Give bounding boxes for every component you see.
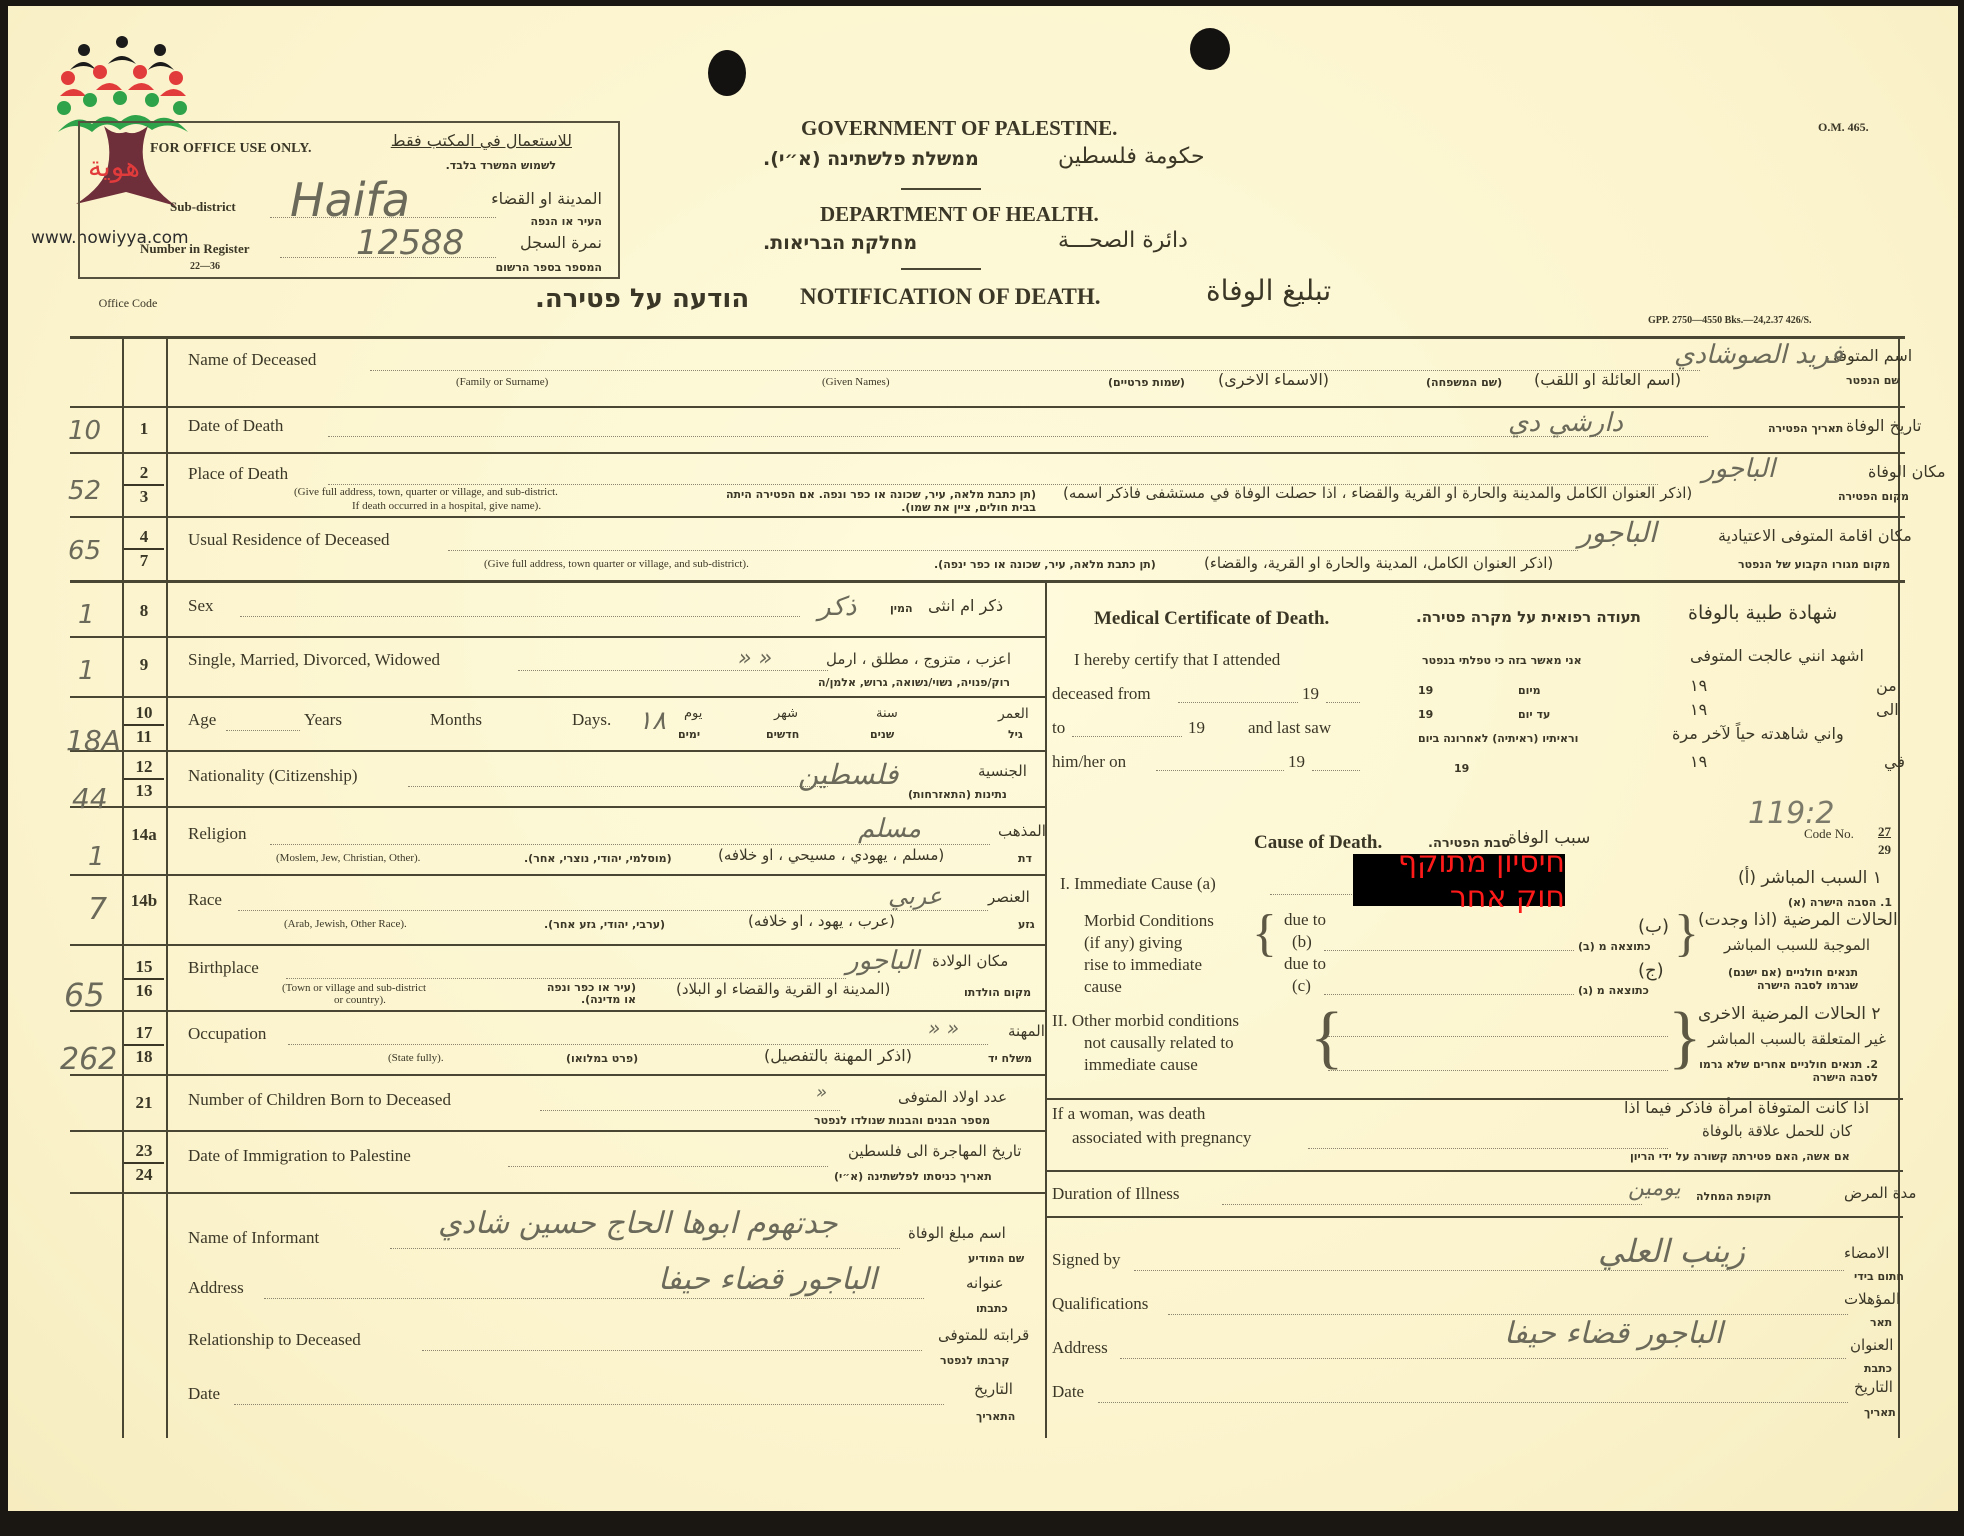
certify-on-year: 19 (1288, 752, 1305, 772)
duration-of-illness-value[interactable]: يومين (1628, 1176, 1681, 1201)
row-number-2-bottom: 3 (124, 484, 164, 508)
relationship-label: Relationship to Deceased (188, 1330, 361, 1350)
code-number-top: 27 (1878, 824, 1891, 840)
birthplace-hint-he: (עיר או כפר ונפה או מדינה). (536, 982, 636, 1006)
certify-from-year-ar: ١٩ (1690, 676, 1707, 695)
religion-hint-he: (מוסלמי, יהודי, נוצרי, אחר). (524, 852, 672, 865)
certify-on-year-ar: ١٩ (1690, 752, 1707, 771)
informant-date-ar: التاريخ (974, 1380, 1013, 1398)
office-use-title-he: לשמוש המשרד בלבד. (446, 159, 556, 172)
office-code-label: Office Code (98, 296, 158, 311)
signed-by-value[interactable]: زينب العلي (1598, 1232, 1745, 1270)
certify-to-year: 19 (1188, 718, 1205, 738)
certify-to-ar: الى (1876, 700, 1899, 719)
redaction-box: חיסיון מתוקף חוק אחר (1353, 854, 1565, 906)
certify-last-saw-he: וראיתיו (ראיתיה) לאחרונה ביום (1418, 732, 1578, 745)
occupation-ar: المهنة (1008, 1022, 1045, 1040)
office-code-2: 52 (68, 476, 101, 506)
register-sub: 22—36 (190, 261, 220, 272)
certify-on-year-he: 19 (1454, 762, 1469, 775)
duration-of-illness-label: Duration of Illness (1052, 1184, 1179, 1204)
signature-date-ar: التاريخ (1854, 1378, 1893, 1396)
due-to-b-label: due to (1284, 910, 1326, 930)
age-label: Age (188, 710, 216, 730)
print-reference: GPP. 2750—4550 Bks.—24,2.37 426/S. (1648, 315, 1812, 326)
duration-of-illness-he: תקופת המחלה (1696, 1190, 1771, 1203)
b-he: כתוצאה מ (ב) (1578, 940, 1651, 953)
signed-by-ar: الامضاء (1844, 1244, 1889, 1262)
age-years-label: Years (304, 710, 342, 730)
race-hint-he: (ערבי, יהודי, גזע אחר). (544, 918, 665, 931)
date-of-death-label: Date of Death (188, 416, 283, 436)
nationality-he: נתינות (התאזרחות) (908, 788, 1007, 801)
certify-on-ar: في (1884, 752, 1905, 771)
office-use-title-ar: للاستعمال في المكتب فقط (391, 131, 572, 150)
office-use-title: FOR OFFICE USE ONLY. (150, 141, 312, 157)
immigration-label: Date of Immigration to Palestine (188, 1146, 411, 1166)
name-label-he: שם הנפטר (1846, 374, 1900, 387)
relationship-he: קרבתו לנפטר (940, 1354, 1010, 1367)
subdistrict-label-he: העיר או הנפה (530, 215, 602, 228)
immigration-ar: تاريخ المهاجرة الى فلسطين (848, 1142, 1021, 1160)
race-hint-ar: (عرب ، يهود ، او خلافه) (748, 912, 895, 930)
nationality-value[interactable]: فلسطين (798, 758, 898, 791)
place-of-death-label: Place of Death (188, 464, 288, 484)
code-number-bottom: 29 (1878, 842, 1891, 858)
age-years-he: שנים (870, 728, 894, 741)
race-label: Race (188, 890, 222, 910)
signed-by-label: Signed by (1052, 1250, 1120, 1270)
row-number-15: 15 (136, 957, 153, 976)
row-number-9: 9 (124, 654, 164, 676)
other-morbid-he: 2. תנאים חולניים אחרים שלא גרמו לסבה היש… (1698, 1058, 1878, 1084)
other-morbid-ar: ٢ الحالات المرضية الاخرى (1698, 1004, 1881, 1024)
race-ar: العنصر (988, 888, 1030, 906)
informant-name-value[interactable]: جدتهوم ابوها الحاج حسين شادي (438, 1206, 838, 1241)
c-label: (c) (1292, 976, 1311, 996)
place-of-death-hint-1: (Give full address, town, quarter or vil… (294, 486, 558, 498)
birthplace-hint-2: or country). (334, 994, 386, 1006)
age-months-he: חדשים (766, 728, 799, 741)
birthplace-label: Birthplace (188, 958, 259, 978)
certify-him-her-on: him/her on (1052, 752, 1126, 772)
qualifications-he: תאר (1870, 1316, 1892, 1329)
name-sub-given: (Given Names) (822, 376, 890, 388)
sex-value[interactable]: ذكر (818, 592, 856, 622)
sex-label-ar: ذكر ام انثى (928, 596, 1003, 615)
row-number-11: 11 (124, 724, 164, 748)
birthplace-ar: مكان الولادة (932, 952, 1008, 970)
usual-residence-ar: مكان اقامة المتوفى الاعتيادية (1718, 526, 1912, 545)
name-label: Name of Deceased (188, 350, 316, 370)
informant-name-he: שם המודיע (968, 1252, 1024, 1265)
morbid-conditions-label: Morbid Conditions (if any) giving rise t… (1084, 910, 1214, 998)
informant-address-label: Address (188, 1278, 244, 1298)
row-number-14b: 14b (122, 890, 166, 912)
certify-line-1-he: אני מאשר בזה כי טפלתי בנפטר (1422, 654, 1582, 667)
children-ar: عدد اولاد المتوفى (898, 1088, 1007, 1106)
informant-date-he: התאריך (976, 1410, 1015, 1423)
gov-title-ar: حكومة فلسطين (1058, 144, 1205, 169)
register-value[interactable]: 12588 (356, 223, 464, 263)
children-value[interactable]: » (816, 1082, 827, 1103)
row-number-18: 18 (124, 1044, 164, 1068)
informant-address-he: כתבתו (976, 1302, 1008, 1315)
punch-hole-left (708, 50, 746, 96)
name-sub-family-ar: (اسم العائلة او اللقب) (1534, 370, 1681, 389)
form-title-he: הודעה על פטירה. (535, 284, 749, 314)
occupation-hint-he: (פרט במלואו) (566, 1052, 638, 1065)
register-label-ar: نمرة السجل (520, 233, 602, 252)
row-number-24: 24 (124, 1162, 164, 1186)
certify-to-he: עד יום (1518, 708, 1550, 721)
office-code-4: 1 (78, 600, 95, 630)
row-number-17: 17 (136, 1023, 153, 1042)
pregnancy-line-2: associated with pregnancy (1072, 1128, 1251, 1148)
left-brace: { (1252, 904, 1277, 963)
dept-title-ar: دائرة الصحـــة (1058, 228, 1188, 253)
other-left-brace: { (1310, 998, 1344, 1078)
certify-from-year-he: 19 (1418, 684, 1433, 697)
certify-to: to (1052, 718, 1065, 738)
register-label: Number in Register (140, 241, 250, 257)
informant-address-value[interactable]: الباجور قضاء حيفا (658, 1262, 877, 1297)
religion-hint-ar: (مسلم ، يهودي ، مسيحي ، او خلافه) (718, 846, 944, 864)
certify-last-saw-ar: واني شاهدته حياً لآخر مرة (1672, 724, 1844, 743)
row-number-10: 10 (136, 703, 153, 722)
marital-status-label: Single, Married, Divorced, Widowed (188, 650, 440, 670)
b-ar: (ب) (1638, 916, 1669, 937)
marital-status-value[interactable]: » » (738, 646, 772, 671)
place-of-death-hint-ar: (اذكر العنوان الكامل والمدينة والحارة او… (1063, 484, 1692, 502)
usual-residence-hint-ar: (اذكر العنوان الكامل، المدينة والحارة او… (1204, 554, 1553, 572)
morbid-line-1: Morbid Conditions (1084, 910, 1214, 932)
row-number-8: 8 (124, 600, 164, 622)
medical-certificate-title-he: תעודה רפואית על מקרה פטירה. (1416, 608, 1641, 626)
duration-of-illness-ar: مدة المرض (1844, 1184, 1916, 1202)
religion-value[interactable]: مسلم (858, 814, 921, 844)
usual-residence-hint: (Give full address, town quarter or vill… (484, 558, 749, 570)
gov-title-he: ממשלת פלשתינה (א״י). (763, 148, 979, 170)
pregnancy-ar-1: اذا كانت المتوفاة امرأة فاذكر فيما اذا (1624, 1098, 1869, 1117)
place-of-death-hint-he: (תן כתבת מלאה, עיר, שכונה או כפר ונפה. א… (716, 488, 1036, 514)
row-number-7: 7 (124, 548, 164, 572)
morbid-ar-2: الموجبة للسبب المباشر (1724, 936, 1870, 954)
gov-title-en: GOVERNMENT OF PALESTINE. (801, 116, 1117, 141)
occupation-he: משלח יד (988, 1052, 1032, 1065)
religion-ar: المذهب (998, 822, 1046, 840)
office-code-5: 1 (78, 656, 95, 686)
row-number-13: 13 (124, 778, 164, 802)
certify-line-1: I hereby certify that I attended (1074, 650, 1280, 670)
due-to-c-label: due to (1284, 954, 1326, 974)
children-he: מספר הבנים והבנות שנולדו לנפטר (814, 1114, 990, 1127)
office-code-3: 65 (68, 536, 101, 566)
informant-name-label: Name of Informant (188, 1228, 319, 1248)
usual-residence-label: Usual Residence of Deceased (188, 530, 390, 550)
morbid-ar: الحالات المرضية (اذا وجدت) (1698, 910, 1898, 930)
usual-residence-he: מקום מגורו הקבוע של הנפטר (1738, 558, 1890, 571)
nationality-ar: الجنسية (978, 762, 1027, 780)
row-number-2-top: 2 (140, 463, 149, 482)
morbid-line-4: cause (1084, 976, 1214, 998)
birthplace-hint-ar: (المدينة او القرية والقضاء او البلاد) (676, 980, 890, 998)
birthplace-he: מקום הולדתו (964, 986, 1031, 999)
form-number: O.M. 465. (1818, 120, 1869, 135)
pregnancy-he: אם אשה, האם פטירתה קשורה על ידי הריון (1630, 1150, 1850, 1163)
marital-status-ar: اعزب ، متزوج ، مطلق ، ارمل (826, 650, 1011, 668)
certify-to-year-he: 19 (1418, 708, 1433, 721)
row-number-16: 16 (124, 978, 164, 1002)
date-of-death-ar: تاريخ الوفاة (1846, 416, 1921, 435)
age-days-he: ימים (678, 728, 700, 741)
occupation-label: Occupation (188, 1024, 266, 1044)
certify-line-1-ar: اشهد انني عالجت المتوفى (1690, 646, 1864, 665)
office-use-box: FOR OFFICE USE ONLY. للاستعمال في المكتب… (78, 121, 620, 279)
name-sub-family-he: (שם המשפחה) (1426, 376, 1502, 389)
occupation-value[interactable]: » » (928, 1016, 959, 1040)
office-code-7: 44 (72, 782, 108, 815)
office-code-8: 1 (88, 842, 105, 872)
subdistrict-value[interactable]: Haifa (290, 173, 410, 227)
age-months-ar: شهر (774, 706, 798, 721)
age-days-ar: يوم (684, 706, 702, 721)
row-number-23: 23 (136, 1141, 153, 1160)
name-sub-family: (Family or Surname) (456, 376, 548, 388)
subdistrict-label: Sub-district (170, 199, 236, 215)
race-he: גזע (1018, 918, 1035, 931)
religion-label: Religion (188, 824, 247, 844)
row-number-21: 21 (124, 1092, 164, 1114)
occupation-hint-ar: (اذكر المهنة بالتفصيل) (764, 1046, 912, 1065)
name-value[interactable]: فريد الصوشادي (1674, 340, 1843, 370)
office-code-1: 10 (68, 416, 101, 446)
pregnancy-ar-2: كان للحمل علاقة بالوفاة (1702, 1122, 1852, 1140)
date-of-death-value[interactable]: دارشي دي (1508, 408, 1623, 438)
other-morbid-label: II. Other morbid conditions not causally… (1052, 1010, 1239, 1076)
punch-hole-right (1190, 28, 1230, 70)
immediate-cause-he: 1. הסבה הישרה (א) (1788, 896, 1892, 909)
relationship-ar: قرابته للمتوفى (938, 1326, 1029, 1344)
religion-he: דת (1018, 852, 1032, 865)
code-number-label: Code No. (1804, 826, 1854, 842)
usual-residence-value[interactable]: الباجور (1578, 516, 1657, 549)
immigration-he: תאריך כניסתו לפלשתינה (א״י) (834, 1170, 992, 1183)
immediate-cause-label: I. Immediate Cause (a) (1060, 874, 1216, 894)
signatory-address-ar: العنوان (1850, 1336, 1893, 1354)
age-days-label: Days. (572, 710, 611, 730)
morbid-line-2: (if any) giving (1084, 932, 1214, 954)
birthplace-hint-1: (Town or village and sub-district (282, 982, 426, 994)
place-of-death-he: מקום הפטירה (1838, 490, 1909, 503)
age-days-value[interactable]: ١٨ (638, 706, 666, 736)
informant-date-label: Date (188, 1384, 220, 1404)
right-brace: } (1674, 904, 1699, 963)
dept-title-en: DEPARTMENT OF HEALTH. (820, 202, 1099, 227)
certify-deceased-from: deceased from (1052, 684, 1151, 704)
medical-certificate-title-ar: شهادة طبية بالوفاة (1688, 602, 1837, 624)
sex-label-he: המין (890, 602, 913, 615)
subdistrict-label-ar: المدينة او القضاء (491, 189, 602, 208)
birthplace-value[interactable]: الباجور (846, 946, 919, 976)
office-code-9: 7 (88, 892, 107, 927)
signatory-address-label: Address (1052, 1338, 1108, 1358)
place-of-death-hint-2: If death occurred in a hospital, give na… (352, 500, 541, 512)
race-hint: (Arab, Jewish, Other Race). (284, 918, 407, 930)
signatory-address-value[interactable]: الباجور قضاء حيفا (1504, 1316, 1723, 1351)
certify-from-ar: من (1876, 676, 1897, 695)
sex-label: Sex (188, 596, 214, 616)
other-right-brace: } (1668, 998, 1702, 1078)
signatory-address-he: כתבת (1864, 1362, 1892, 1375)
c-he: כתוצאה מ (ג) (1578, 984, 1649, 997)
pregnancy-line-1: If a woman, was death (1052, 1104, 1205, 1124)
certify-from-he: מיום (1518, 684, 1541, 697)
row-number-4: 4 (140, 527, 149, 546)
signature-date-he: תאריך (1864, 1406, 1896, 1419)
place-of-death-value[interactable]: الباجور (1702, 454, 1775, 484)
form-title-ar: تبليغ الوفاة (1206, 274, 1331, 307)
name-sub-given-ar: (الاسماء الاخرى) (1218, 370, 1329, 389)
office-code-10: 65 (64, 976, 105, 1014)
signed-by-he: חתום בידי (1854, 1270, 1904, 1283)
certify-from-year: 19 (1302, 684, 1319, 704)
age-label-he: גיל (1008, 728, 1023, 741)
age-months-label: Months (430, 710, 482, 730)
office-code-11: 262 (60, 1042, 117, 1077)
immediate-cause-ar: ١ السبب المباشر (أ) (1738, 868, 1882, 888)
c-ar: (ج) (1638, 960, 1664, 981)
race-value[interactable]: عربي (888, 882, 942, 910)
age-label-ar: العمر (998, 706, 1029, 722)
children-label: Number of Children Born to Deceased (188, 1090, 451, 1110)
qualifications-ar: المؤهلات (1844, 1290, 1900, 1308)
row-number-12: 12 (136, 757, 153, 776)
other-morbid-line-2: not causally related to (1052, 1032, 1239, 1054)
certify-to-year-ar: ١٩ (1690, 700, 1707, 719)
date-of-death-he: תאריך הפטירה (1768, 422, 1843, 435)
office-code-6: 18A (66, 724, 121, 757)
row-number-1: 1 (124, 418, 164, 440)
name-sub-given-he: (שמות פרטיים) (1108, 376, 1185, 389)
medical-certificate-title: Medical Certificate of Death. (1094, 608, 1329, 630)
death-notification-form: هوية www.howiyya.com FOR OFFICE USE ONLY… (8, 6, 1958, 1511)
occupation-hint: (State fully). (388, 1052, 444, 1064)
nationality-label: Nationality (Citizenship) (188, 766, 358, 786)
usual-residence-hint-he: (תן כתבת מלאה, עיר, שכונה או כפר ינפה). (934, 558, 1156, 571)
b-label: (b) (1292, 932, 1312, 952)
dept-title-he: מחלקת הבריאות. (763, 232, 917, 254)
age-years-ar: سنة (876, 706, 898, 721)
signature-date-label: Date (1052, 1382, 1084, 1402)
religion-hint: (Moslem, Jew, Christian, Other). (276, 852, 420, 864)
other-morbid-line-1: II. Other morbid conditions (1052, 1010, 1239, 1032)
form-title-en: NOTIFICATION OF DEATH. (800, 284, 1101, 310)
informant-address-ar: عنوانه (966, 1274, 1004, 1292)
other-morbid-line-3: immediate cause (1052, 1054, 1239, 1076)
register-label-he: המספר בספר הרשום (495, 261, 602, 274)
place-of-death-ar: مكان الوفاة (1868, 462, 1946, 481)
certify-last-saw: and last saw (1248, 718, 1331, 738)
other-morbid-ar-2: غير المتعلقة بالسبب المباشر (1708, 1030, 1886, 1048)
qualifications-label: Qualifications (1052, 1294, 1148, 1314)
informant-name-ar: اسم مبلغ الوفاة (908, 1224, 1006, 1242)
morbid-he: תנאים חולניים (אם ישנם) שגרמו לסבה הישרה (1698, 966, 1858, 992)
morbid-line-3: rise to immediate (1084, 954, 1214, 976)
row-number-14a: 14a (122, 824, 166, 846)
marital-status-he: רוק/פנויה, נשוי/נשואה, גרוש, אלמן/ה (818, 676, 1010, 689)
